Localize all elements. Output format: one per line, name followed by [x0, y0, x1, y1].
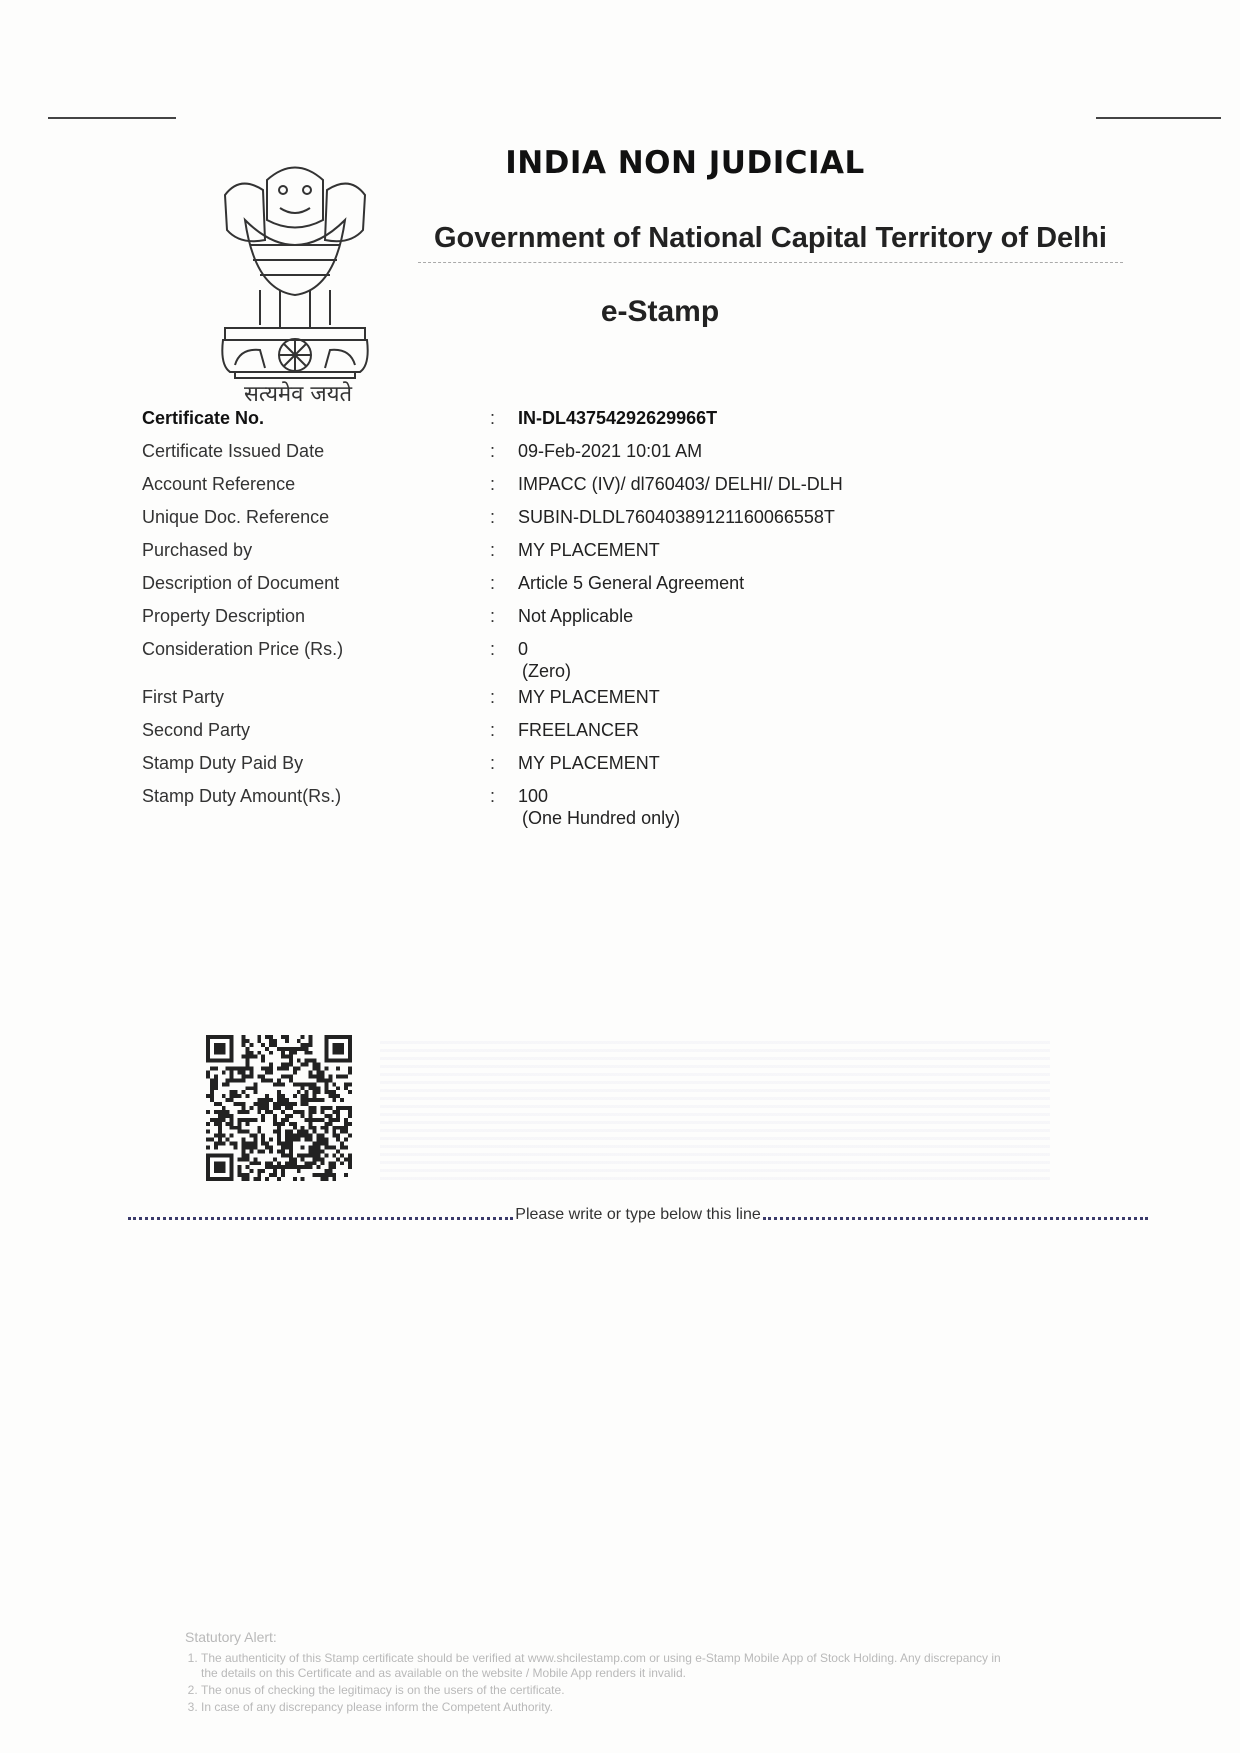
detail-value: SUBIN-DLDL76040389121160066558T: [518, 506, 835, 528]
statutory-alert-item: The onus of checking the legitimacy is o…: [201, 1683, 1005, 1698]
detail-value: 100 (One Hundred only): [518, 785, 680, 829]
write-below-divider: Please write or type below this line: [128, 1200, 1148, 1224]
divider-text: Please write or type below this line: [513, 1206, 762, 1224]
detail-value: MY PLACEMENT: [518, 752, 660, 774]
detail-separator: :: [490, 686, 495, 708]
detail-separator: :: [490, 506, 495, 528]
detail-separator: :: [490, 752, 495, 774]
statutory-alert-item: The authenticity of this Stamp certifica…: [201, 1651, 1005, 1681]
detail-value: IN-DL43754292629966T: [518, 407, 717, 429]
scan-mark-right: [1096, 117, 1221, 119]
detail-label: Certificate Issued Date: [142, 440, 324, 462]
detail-separator: :: [490, 638, 495, 660]
detail-separator: :: [490, 785, 495, 807]
detail-value-words: (One Hundred only): [522, 807, 680, 829]
statutory-alert: Statutory Alert: The authenticity of thi…: [185, 1630, 1005, 1717]
detail-label: Unique Doc. Reference: [142, 506, 329, 528]
document-title: INDIA NON JUDICIAL: [420, 145, 950, 181]
detail-label: Property Description: [142, 605, 305, 627]
divider-dots-left: [128, 1217, 513, 1220]
statutory-alert-title: Statutory Alert:: [185, 1630, 1005, 1645]
detail-value-main: 0: [518, 639, 528, 659]
detail-value: Not Applicable: [518, 605, 633, 627]
detail-label: Stamp Duty Paid By: [142, 752, 303, 774]
detail-separator: :: [490, 440, 495, 462]
detail-separator: :: [490, 539, 495, 561]
detail-separator: :: [490, 572, 495, 594]
detail-value: MY PLACEMENT: [518, 686, 660, 708]
detail-label: Consideration Price (Rs.): [142, 638, 343, 660]
detail-label: First Party: [142, 686, 224, 708]
security-watermark: [380, 1040, 1050, 1180]
detail-value-main: 100: [518, 786, 548, 806]
detail-label: Purchased by: [142, 539, 252, 561]
emblem-motto: सत्यमेव जयते: [228, 378, 368, 408]
detail-value: MY PLACEMENT: [518, 539, 660, 561]
detail-value: Article 5 General Agreement: [518, 572, 744, 594]
detail-separator: :: [490, 473, 495, 495]
government-underline: [418, 262, 1123, 263]
scan-mark-left: [48, 117, 176, 119]
detail-separator: :: [490, 605, 495, 627]
detail-value: IMPACC (IV)/ dl760403/ DELHI/ DL-DLH: [518, 473, 843, 495]
estamp-subtitle: e-Stamp: [560, 295, 760, 329]
detail-label: Stamp Duty Amount(Rs.): [142, 785, 341, 807]
detail-value: FREELANCER: [518, 719, 639, 741]
qr-code-icon: [206, 1035, 352, 1181]
detail-separator: :: [490, 719, 495, 741]
detail-value-words: (Zero): [522, 660, 571, 682]
national-emblem-icon: [205, 150, 385, 380]
statutory-alert-item: In case of any discrepancy please inform…: [201, 1700, 1005, 1715]
detail-value: 09-Feb-2021 10:01 AM: [518, 440, 702, 462]
detail-label: Account Reference: [142, 473, 295, 495]
statutory-alert-list: The authenticity of this Stamp certifica…: [185, 1651, 1005, 1715]
detail-separator: :: [490, 407, 495, 429]
detail-label: Description of Document: [142, 572, 339, 594]
detail-label: Second Party: [142, 719, 250, 741]
government-name: Government of National Capital Territory…: [418, 222, 1123, 255]
detail-label: Certificate No.: [142, 407, 264, 429]
divider-dots-right: [763, 1217, 1148, 1220]
detail-value: 0 (Zero): [518, 638, 571, 682]
